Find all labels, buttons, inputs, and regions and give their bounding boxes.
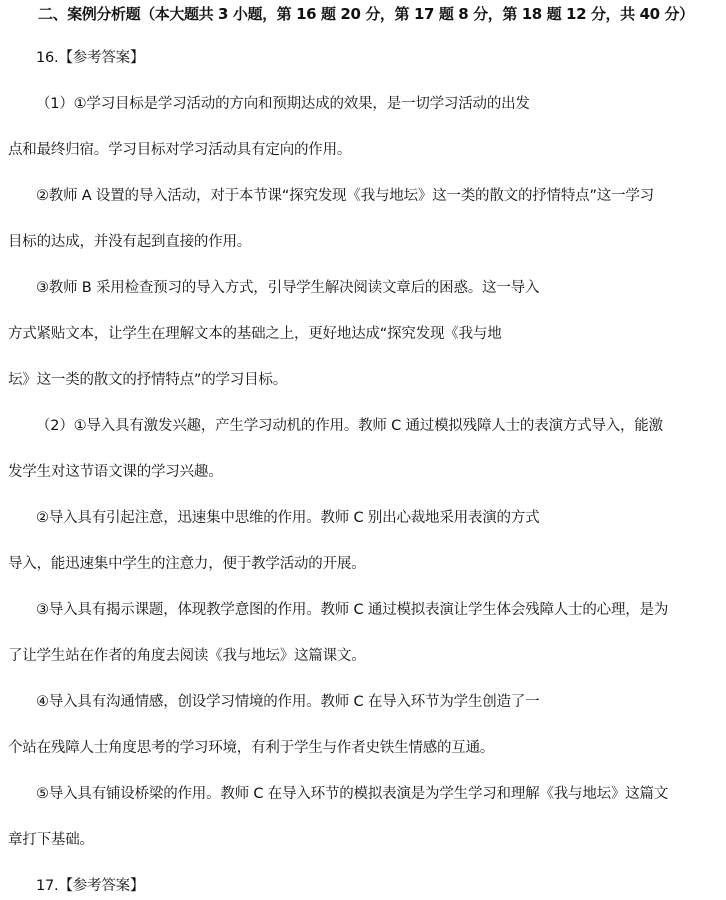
paragraph-line: （2）①导入具有激发兴趣，产生学习动机的作用。教师 C 通过模拟残障人士的表演方…	[36, 416, 663, 436]
paragraph-line: 方式紧贴文本，让学生在理解文本的基础之上，更好地达成“探究发现《我与地	[8, 324, 502, 344]
paragraph-line: （1）①学习目标是学习活动的方向和预期达成的效果，是一切学习活动的出发	[36, 94, 530, 114]
paragraph-line: 章打下基础。	[8, 830, 94, 850]
paragraph-line: 目标的达成，并没有起到直接的作用。	[8, 232, 251, 252]
paragraph-line: 坛》这一类的散文的抒情特点”的学习目标。	[8, 370, 287, 390]
paragraph-line: 了让学生站在作者的角度去阅读《我与地坛》这篇课文。	[8, 646, 366, 666]
paragraph-line: 发学生对这节语文课的学习兴趣。	[8, 462, 223, 482]
section-heading: 二、案例分析题（本大题共 3 小题，第 16 题 20 分，第 17 题 8 分…	[38, 4, 694, 24]
question-16-title: 16.【参考答案】	[36, 48, 144, 68]
paragraph-line: ③导入具有揭示课题，体现教学意图的作用。教师 C 通过模拟表演让学生体会残障人士…	[36, 600, 668, 620]
paragraph-line: 导入，能迅速集中学生的注意力，便于教学活动的开展。	[8, 554, 366, 574]
paragraph-line: ②教师 A 设置的导入活动，对于本节课“探究发现《我与地坛》这一类的散文的抒情特…	[36, 186, 654, 206]
paragraph-line: ⑤导入具有铺设桥梁的作用。教师 C 在导入环节的模拟表演是为学生学习和理解《我与…	[36, 784, 668, 804]
paragraph-line: ④导入具有沟通情感，创设学习情境的作用。教师 C 在导入环节为学生创造了一	[36, 692, 539, 712]
paragraph-line: 点和最终归宿。学习目标对学习活动具有定向的作用。	[8, 140, 351, 160]
paragraph-line: ③教师 B 采用检查预习的导入方式，引导学生解决阅读文章后的困惑。这一导入	[36, 278, 539, 298]
question-17-title: 17.【参考答案】	[36, 876, 144, 896]
paragraph-line: ②导入具有引起注意，迅速集中思维的作用。教师 C 别出心裁地采用表演的方式	[36, 508, 539, 528]
paragraph-line: 个站在残障人士角度思考的学习环境，有利于学生与作者史铁生情感的互通。	[8, 738, 494, 758]
